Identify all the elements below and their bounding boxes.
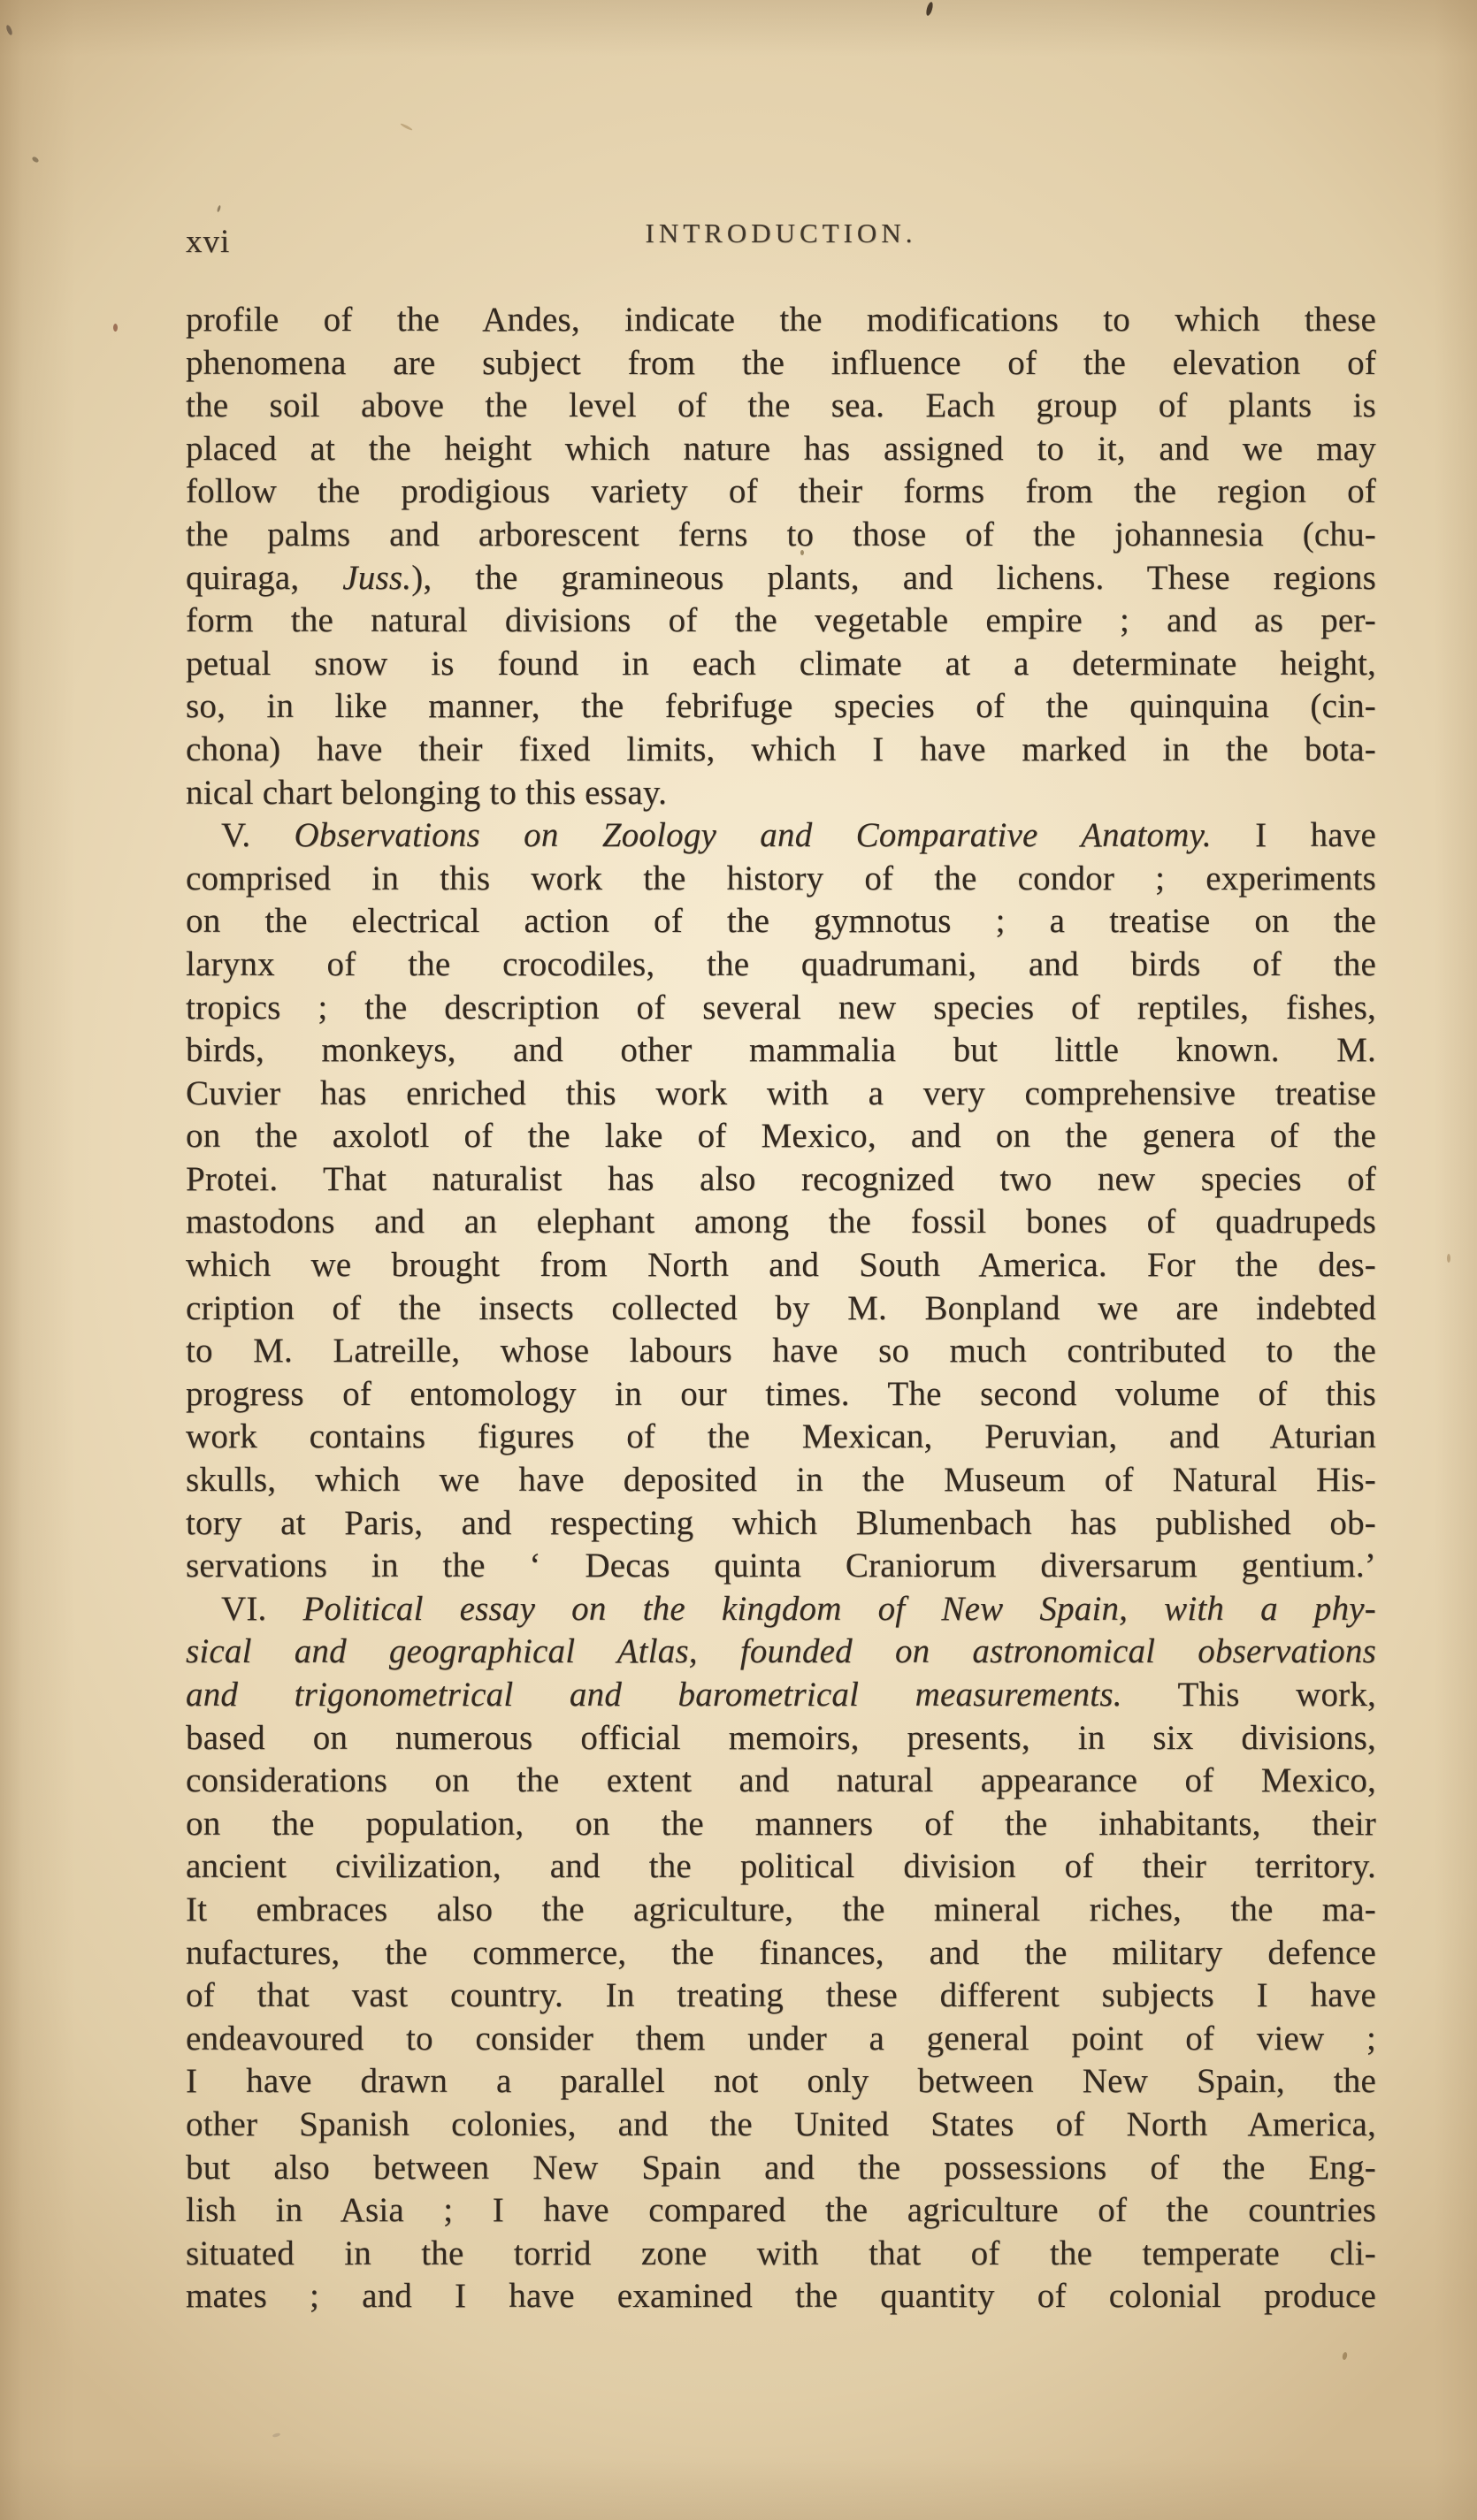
text-line: chona) have their fixed limits, which I … bbox=[186, 729, 1376, 772]
text-line: mastodons and an elephant among the foss… bbox=[186, 1201, 1376, 1244]
text-segment: cription of the insects collected by M. … bbox=[186, 1289, 1376, 1327]
text-segment: mastodons and an elephant among the foss… bbox=[186, 1203, 1376, 1241]
paper-speck bbox=[1342, 2352, 1348, 2361]
text-line: cription of the insects collected by M. … bbox=[186, 1287, 1376, 1331]
text-segment: which we brought from North and South Am… bbox=[186, 1246, 1376, 1284]
text-line: on the axolotl of the lake of Mexico, an… bbox=[186, 1115, 1376, 1158]
text-segment: the palms and arborescent ferns to those… bbox=[186, 515, 1376, 554]
text-segment: tory at Paris, and respecting which Blum… bbox=[186, 1504, 1376, 1542]
text-segment: nufactures, the commerce, the finances, … bbox=[186, 1934, 1376, 1972]
paper-speck bbox=[925, 1, 934, 16]
text-segment: but also between New Spain and the posse… bbox=[186, 2149, 1376, 2187]
text-segment: larynx of the crocodiles, the quadrumani… bbox=[186, 945, 1376, 983]
text-line: situated in the torrid zone with that of… bbox=[186, 2233, 1376, 2276]
text-segment: considerations on the extent and natural… bbox=[186, 1761, 1376, 1799]
text-segment: It embraces also the agriculture, the mi… bbox=[186, 1890, 1376, 1928]
text-segment: on the electrical action of the gymnotus… bbox=[186, 902, 1376, 940]
text-segment-italic: Observations on Zoology and Comparative … bbox=[295, 816, 1212, 854]
text-line: Protei. That naturalist has also recogni… bbox=[186, 1158, 1376, 1202]
text-line: VI. Political essay on the kingdom of Ne… bbox=[186, 1588, 1376, 1631]
text-segment: progress of entomology in our times. The… bbox=[186, 1375, 1376, 1413]
text-segment: chona) have their fixed limits, which I … bbox=[186, 730, 1376, 768]
text-segment: follow the prodigious variety of their f… bbox=[186, 472, 1376, 510]
text-segment-italic: Political essay on the kingdom of New Sp… bbox=[303, 1590, 1376, 1628]
text-segment: I have bbox=[1212, 816, 1376, 854]
text-line: endeavoured to consider them under a gen… bbox=[186, 2018, 1376, 2061]
text-line: phenomena are subject from the influence… bbox=[186, 342, 1376, 386]
paper-speck bbox=[217, 205, 221, 213]
text-segment: Protei. That naturalist has also recogni… bbox=[186, 1160, 1376, 1198]
text-line: to M. Latreille, whose labours have so m… bbox=[186, 1330, 1376, 1373]
text-segment-italic: and trigonometrical and barometrical mea… bbox=[186, 1676, 1122, 1714]
text-line: birds, monkeys, and other mammalia but l… bbox=[186, 1029, 1376, 1073]
text-segment: servations in the ‘ Decas quinta Cranior… bbox=[186, 1546, 1376, 1585]
text-segment: other Spanish colonies, and the United S… bbox=[186, 2105, 1376, 2143]
text-segment: nical chart belonging to this essay. bbox=[186, 774, 667, 812]
text-line: other Spanish colonies, and the United S… bbox=[186, 2104, 1376, 2147]
paper-speck bbox=[113, 324, 118, 332]
text-segment: comprised in this work the history of th… bbox=[186, 859, 1376, 897]
text-line: servations in the ‘ Decas quinta Cranior… bbox=[186, 1545, 1376, 1588]
text-line: but also between New Spain and the posse… bbox=[186, 2147, 1376, 2190]
text-segment-italic: Juss. bbox=[342, 559, 411, 597]
running-title: INTRODUCTION. bbox=[186, 218, 1376, 249]
text-line: larynx of the crocodiles, the quadrumani… bbox=[186, 943, 1376, 987]
text-segment: form the natural divisions of the vegeta… bbox=[186, 601, 1376, 639]
text-line: nufactures, the commerce, the finances, … bbox=[186, 1932, 1376, 1975]
text-line: based on numerous official memoirs, pres… bbox=[186, 1717, 1376, 1760]
text-line: lish in Asia ; I have compared the agric… bbox=[186, 2189, 1376, 2233]
text-line: so, in like manner, the febrifuge specie… bbox=[186, 685, 1376, 729]
text-segment: the soil above the level of the sea. Eac… bbox=[186, 386, 1376, 424]
paper-speck bbox=[272, 2432, 281, 2438]
text-line: work contains figures of the Mexican, Pe… bbox=[186, 1416, 1376, 1459]
text-segment: quiraga, bbox=[186, 559, 342, 597]
text-line: skulls, which we have deposited in the M… bbox=[186, 1459, 1376, 1502]
text-line: tropics ; the description of several new… bbox=[186, 987, 1376, 1030]
text-line: placed at the height which nature has as… bbox=[186, 428, 1376, 471]
text-segment: phenomena are subject from the influence… bbox=[186, 344, 1376, 382]
text-line: progress of entomology in our times. The… bbox=[186, 1373, 1376, 1417]
text-line: considerations on the extent and natural… bbox=[186, 1760, 1376, 1803]
text-line: I have drawn a parallel not only between… bbox=[186, 2060, 1376, 2104]
scanned-page: xvi INTRODUCTION. profile of the Andes, … bbox=[0, 0, 1477, 2520]
text-segment: lish in Asia ; I have compared the agric… bbox=[186, 2191, 1376, 2229]
text-line: of that vast country. In treating these … bbox=[186, 1974, 1376, 2018]
text-line: form the natural divisions of the vegeta… bbox=[186, 599, 1376, 643]
text-segment: V. bbox=[221, 816, 295, 854]
text-segment: mates ; and I have examined the quantity… bbox=[186, 2277, 1376, 2315]
text-segment: ancient civilization, and the political … bbox=[186, 1847, 1376, 1885]
text-line: Cuvier has enriched this work with a ver… bbox=[186, 1073, 1376, 1116]
text-segment: placed at the height which nature has as… bbox=[186, 430, 1376, 468]
text-segment: of that vast country. In treating these … bbox=[186, 1976, 1376, 2014]
text-segment: birds, monkeys, and other mammalia but l… bbox=[186, 1031, 1376, 1069]
paper-speck bbox=[31, 156, 39, 164]
text-line: the palms and arborescent ferns to those… bbox=[186, 514, 1376, 557]
text-line: and trigonometrical and barometrical mea… bbox=[186, 1674, 1376, 1717]
text-line: tory at Paris, and respecting which Blum… bbox=[186, 1502, 1376, 1546]
page-header: xvi INTRODUCTION. bbox=[186, 218, 1376, 263]
text-segment-italic: sical and geographical Atlas, founded on… bbox=[186, 1632, 1376, 1670]
text-segment: so, in like manner, the febrifuge specie… bbox=[186, 687, 1376, 725]
text-line: sical and geographical Atlas, founded on… bbox=[186, 1630, 1376, 1674]
text-line: on the electrical action of the gymnotus… bbox=[186, 900, 1376, 943]
text-line: profile of the Andes, indicate the modif… bbox=[186, 299, 1376, 342]
text-segment: petual snow is found in each climate at … bbox=[186, 645, 1376, 683]
text-line: quiraga, Juss.), the gramineous plants, … bbox=[186, 557, 1376, 600]
text-line: which we brought from North and South Am… bbox=[186, 1244, 1376, 1287]
text-block: profile of the Andes, indicate the modif… bbox=[186, 299, 1376, 2318]
text-line: petual snow is found in each climate at … bbox=[186, 643, 1376, 686]
text-line: the soil above the level of the sea. Eac… bbox=[186, 385, 1376, 428]
text-segment: endeavoured to consider them under a gen… bbox=[186, 2020, 1376, 2058]
text-segment: to M. Latreille, whose labours have so m… bbox=[186, 1332, 1376, 1370]
text-line: on the population, on the manners of the… bbox=[186, 1803, 1376, 1846]
text-segment: Cuvier has enriched this work with a ver… bbox=[186, 1074, 1376, 1112]
text-segment: on the axolotl of the lake of Mexico, an… bbox=[186, 1117, 1376, 1155]
text-line: V. Observations on Zoology and Comparati… bbox=[186, 814, 1376, 858]
text-segment: VI. bbox=[221, 1590, 303, 1628]
text-segment: on the population, on the manners of the… bbox=[186, 1805, 1376, 1843]
paper-speck bbox=[400, 123, 413, 132]
text-line: follow the prodigious variety of their f… bbox=[186, 470, 1376, 514]
text-segment: I have drawn a parallel not only between… bbox=[186, 2062, 1376, 2100]
text-segment: tropics ; the description of several new… bbox=[186, 989, 1376, 1027]
text-segment: based on numerous official memoirs, pres… bbox=[186, 1719, 1376, 1757]
text-segment: situated in the torrid zone with that of… bbox=[186, 2234, 1376, 2272]
text-segment: This work, bbox=[1122, 1676, 1376, 1714]
text-line: nical chart belonging to this essay. bbox=[186, 772, 1376, 815]
text-segment: work contains figures of the Mexican, Pe… bbox=[186, 1417, 1376, 1455]
text-segment: skulls, which we have deposited in the M… bbox=[186, 1461, 1376, 1499]
text-segment: profile of the Andes, indicate the modif… bbox=[186, 301, 1376, 339]
text-line: comprised in this work the history of th… bbox=[186, 858, 1376, 901]
text-line: mates ; and I have examined the quantity… bbox=[186, 2275, 1376, 2318]
text-segment: ), the gramineous plants, and lichens. T… bbox=[411, 559, 1376, 597]
text-line: It embraces also the agriculture, the mi… bbox=[186, 1889, 1376, 1932]
paper-speck bbox=[5, 25, 13, 36]
text-line: ancient civilization, and the political … bbox=[186, 1845, 1376, 1889]
paper-speck bbox=[1447, 1254, 1450, 1263]
